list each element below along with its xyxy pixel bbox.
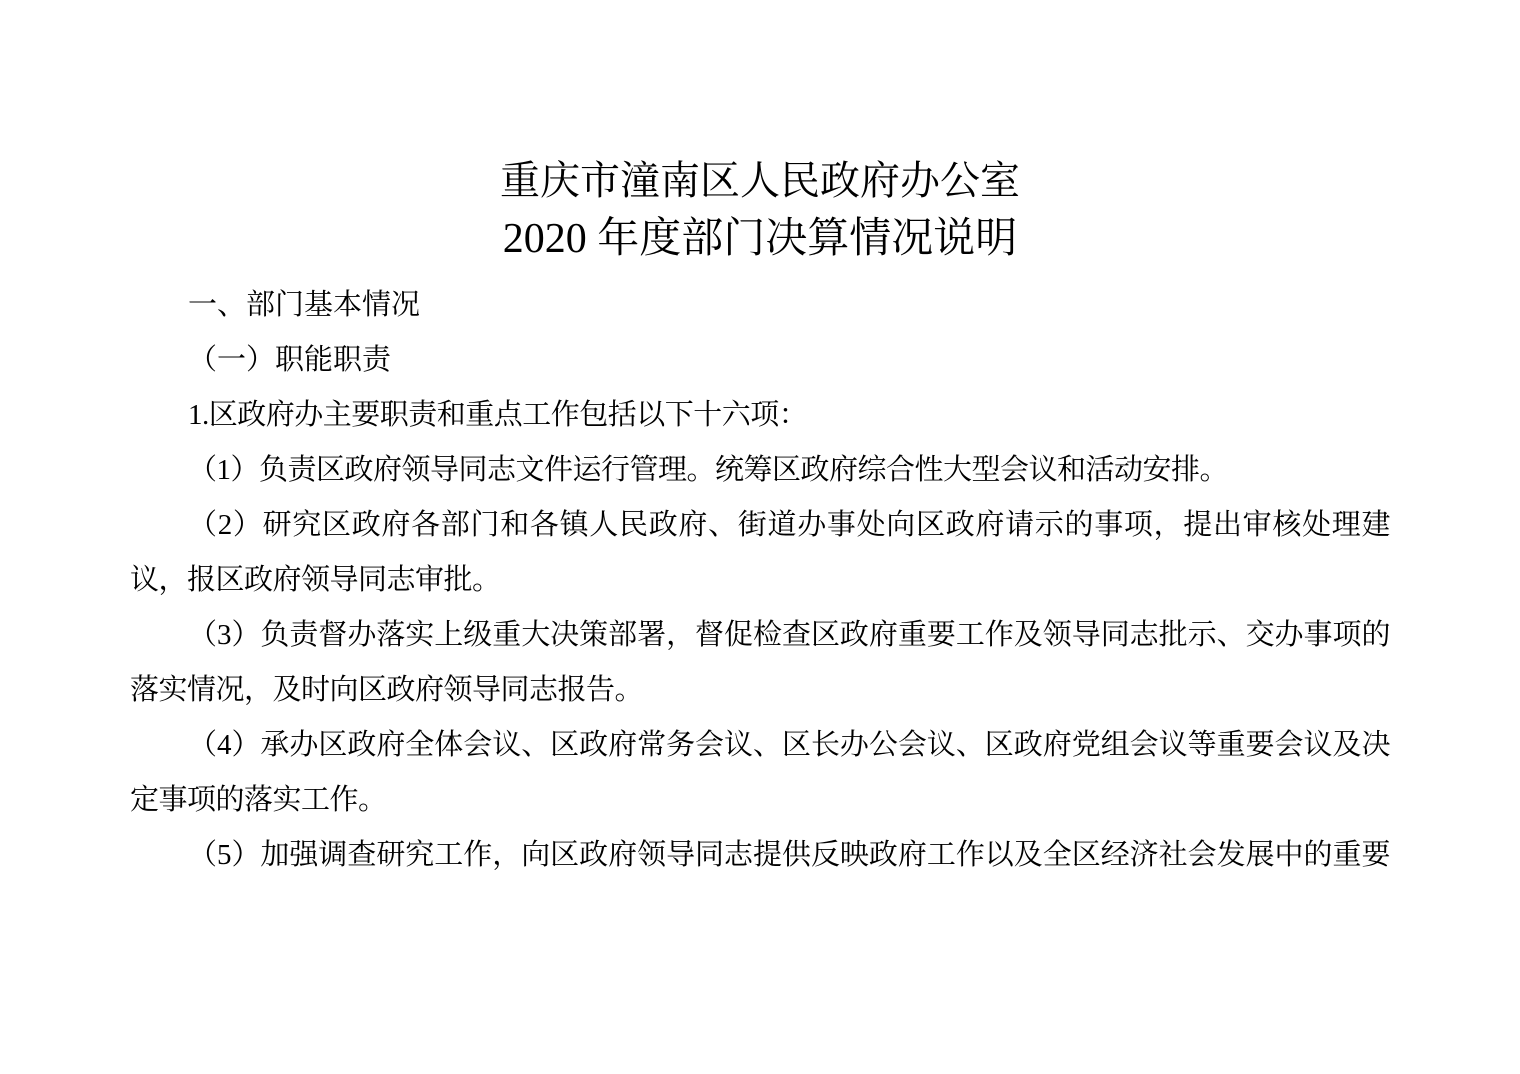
paragraph-item-3: （3）负责督办落实上级重大决策部署，督促检查区政府重要工作及领导同志批示、交办事… xyxy=(130,608,1390,718)
document-page: 重庆市潼南区人民政府办公室 2020 年度部门决算情况说明 一、部门基本情况 （… xyxy=(0,0,1520,1074)
document-title-line2: 2020 年度部门决算情况说明 xyxy=(130,210,1390,268)
paragraph-intro: 1.区政府办主要职责和重点工作包括以下十六项： xyxy=(130,388,1390,443)
paragraph-item-4: （4）承办区政府全体会议、区政府常务会议、区长办公会议、区政府党组会议等重要会议… xyxy=(130,718,1390,828)
section-heading: 一、部门基本情况 xyxy=(130,278,1390,333)
paragraph-item-1: （1）负责区政府领导同志文件运行管理。统筹区政府综合性大型会议和活动安排。 xyxy=(130,443,1390,498)
document-title-line1: 重庆市潼南区人民政府办公室 xyxy=(130,152,1390,210)
paragraph-item-5: （5）加强调查研究工作，向区政府领导同志提供反映政府工作以及全区经济社会发展中的… xyxy=(130,828,1390,883)
sub-heading: （一）职能职责 xyxy=(130,333,1390,388)
paragraph-item-2: （2）研究区政府各部门和各镇人民政府、街道办事处向区政府请示的事项，提出审核处理… xyxy=(130,498,1390,608)
